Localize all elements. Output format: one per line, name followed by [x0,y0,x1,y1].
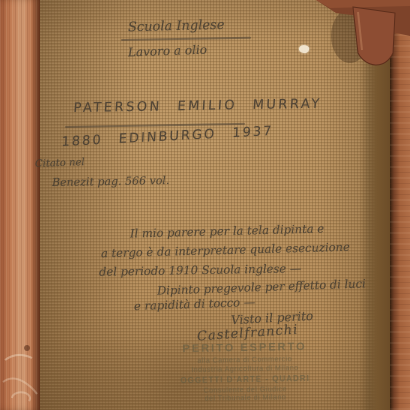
stamp-line: OGGETTI D'ARTE - QUADRI [160,374,330,386]
inscription-school: Scuola Inglese [128,18,225,36]
painting-verso-photo: Scuola Inglese Lavoro a olio PATERSON EM… [0,0,410,410]
chalk-stroke [5,355,32,360]
stamp-line: PERITO ESPERTO [159,341,329,356]
chalk-marks-on-wood [0,330,40,410]
inscription-citation-1: Citato nel [35,157,85,170]
chalk-stroke [12,392,30,401]
inscription-medium: Lavoro a olio [128,43,207,60]
perito-esperto-stamp: PERITO ESPERTO alla Camera di Commercio … [159,341,330,404]
wood-knot [24,345,30,351]
inscription-citation-2: Benezit pag. 566 vol. [52,174,170,189]
